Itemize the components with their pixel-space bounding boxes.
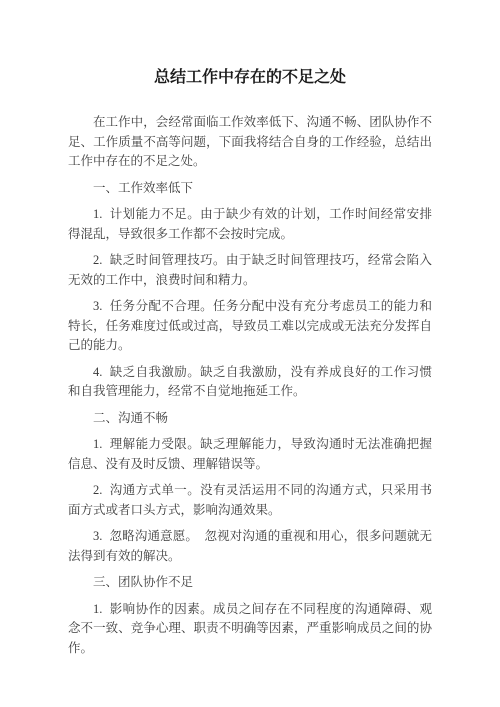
- item-number: 4.: [93, 365, 102, 379]
- item-text: 理解能力受限。缺乏理解能力，导致沟通时无法准确把握信息、没有及时反馈、理解错误等…: [68, 437, 432, 471]
- document-title: 总结工作中存在的不足之处: [68, 68, 432, 88]
- item-text: 任务分配不合理。任务分配中没有充分考虑员工的能力和特长，任务难度过低或过高，导致…: [68, 299, 432, 352]
- list-item: 2.缺乏时间管理技巧。由于缺乏时间管理技巧，经常会陷入无效的工作中，浪费时间和精…: [68, 251, 432, 290]
- item-number: 1.: [93, 602, 102, 616]
- list-item: 3.忽略沟通意愿。 忽视对沟通的重视和用心，很多问题就无法得到有效的解决。: [68, 527, 432, 566]
- item-number: 3.: [93, 299, 102, 313]
- item-number: 3.: [93, 529, 102, 543]
- item-text: 缺乏自我激励。缺乏自我激励，没有养成良好的工作习惯和自我管理能力，经常不自觉地拖…: [68, 365, 432, 399]
- item-text: 计划能力不足。由于缺少有效的计划，工作时间经常安排得混乱，导致很多工作都不会按时…: [68, 207, 432, 241]
- list-item: 4.缺乏自我激励。缺乏自我激励，没有养成良好的工作习惯和自我管理能力，经常不自觉…: [68, 363, 432, 402]
- item-text: 影响协作的因素。成员之间存在不同程度的沟通障碍、观念不一致、竞争心理、职责不明确…: [68, 602, 432, 655]
- list-item: 1.影响协作的因素。成员之间存在不同程度的沟通障碍、观念不一致、竞争心理、职责不…: [68, 600, 432, 659]
- list-item: 2.沟通方式单一。没有灵活运用不同的沟通方式，只采用书面方式或者口头方式，影响沟…: [68, 481, 432, 520]
- document-page: 总结工作中存在的不足之处 在工作中，会经常面临工作效率低下、沟通不畅、团队协作不…: [0, 0, 500, 707]
- item-number: 1.: [93, 207, 102, 221]
- intro-paragraph: 在工作中，会经常面临工作效率低下、沟通不畅、团队协作不足、工作质量不高等问题，下…: [68, 113, 432, 172]
- section-heading-1: 一、工作效率低下: [68, 179, 432, 199]
- section-heading-3: 三、团队协作不足: [68, 573, 432, 593]
- list-item: 3.任务分配不合理。任务分配中没有充分考虑员工的能力和特长，任务难度过低或过高，…: [68, 297, 432, 356]
- section-heading-2: 二、沟通不畅: [68, 409, 432, 429]
- item-number: 2.: [93, 253, 102, 267]
- item-text: 缺乏时间管理技巧。由于缺乏时间管理技巧，经常会陷入无效的工作中，浪费时间和精力。: [68, 253, 432, 287]
- list-item: 1.理解能力受限。缺乏理解能力，导致沟通时无法准确把握信息、没有及时反馈、理解错…: [68, 435, 432, 474]
- list-item: 1.计划能力不足。由于缺少有效的计划，工作时间经常安排得混乱，导致很多工作都不会…: [68, 205, 432, 244]
- item-text: 忽略沟通意愿。 忽视对沟通的重视和用心，很多问题就无法得到有效的解决。: [68, 529, 432, 563]
- item-text: 沟通方式单一。没有灵活运用不同的沟通方式，只采用书面方式或者口头方式，影响沟通效…: [68, 483, 432, 517]
- item-number: 1.: [93, 437, 102, 451]
- item-number: 2.: [93, 483, 102, 497]
